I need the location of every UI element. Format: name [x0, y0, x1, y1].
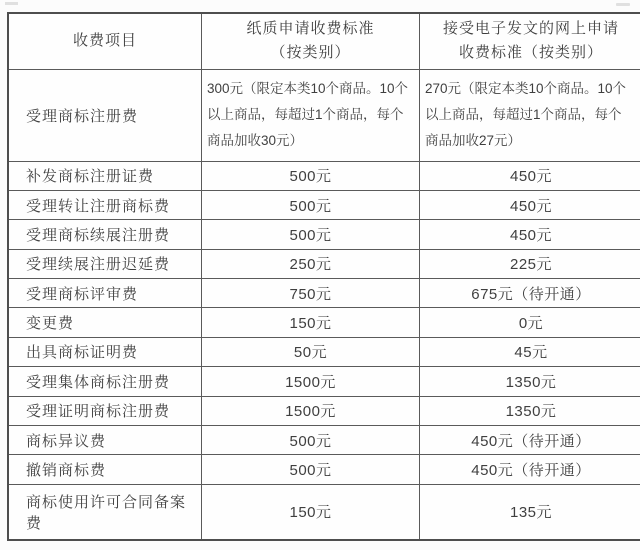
table-row: 受理续展注册迟延费250元225元 — [8, 249, 640, 278]
table-row: 受理集体商标注册费1500元1350元 — [8, 367, 640, 396]
table-row: 出具商标证明费50元45元 — [8, 337, 640, 366]
fee-item-cell: 受理集体商标注册费 — [8, 367, 202, 396]
paper-fee-cell: 500元 — [202, 190, 420, 219]
table-row: 商标异议费500元450元（待开通） — [8, 425, 640, 454]
online-fee-cell: 270元（限定本类10个商品。10个 以上商品，每超过1个商品，每个 商品加收2… — [420, 69, 640, 161]
header-online-fee-standard: 接受电子发文的网上申请 收费标准（按类别） — [420, 13, 640, 69]
paper-fee-cell: 500元 — [202, 220, 420, 249]
screenshot-root: 收费项目 纸质申请收费标准 （按类别） 接受电子发文的网上申请 收费标准（按类别… — [0, 0, 640, 550]
table-row: 受理商标评审费750元675元（待开通） — [8, 279, 640, 308]
fee-item-cell: 出具商标证明费 — [8, 337, 202, 366]
paper-fee-cell: 500元 — [202, 425, 420, 454]
fee-item-cell: 撤销商标费 — [8, 455, 202, 484]
fee-table-head: 收费项目 纸质申请收费标准 （按类别） 接受电子发文的网上申请 收费标准（按类别… — [8, 13, 640, 69]
online-fee-cell: 675元（待开通） — [420, 279, 640, 308]
table-row: 撤销商标费500元450元（待开通） — [8, 455, 640, 484]
header-fee-item: 收费项目 — [8, 13, 202, 69]
online-fee-cell: 450元（待开通） — [420, 425, 640, 454]
table-row: 商标使用许可合同备案费150元135元 — [8, 484, 640, 540]
fee-item-cell: 受理证明商标注册费 — [8, 396, 202, 425]
paper-fee-cell: 250元 — [202, 249, 420, 278]
fee-item-cell: 受理商标续展注册费 — [8, 220, 202, 249]
online-fee-cell: 135元 — [420, 484, 640, 540]
online-fee-cell: 450元 — [420, 161, 640, 190]
table-row: 受理转让注册商标费500元450元 — [8, 190, 640, 219]
paper-fee-cell: 500元 — [202, 161, 420, 190]
fee-item-cell: 商标使用许可合同备案费 — [8, 484, 202, 540]
paper-fee-cell: 500元 — [202, 455, 420, 484]
table-row: 受理商标续展注册费500元450元 — [8, 220, 640, 249]
online-fee-cell: 450元 — [420, 220, 640, 249]
table-row: 补发商标注册证费500元450元 — [8, 161, 640, 190]
fee-item-cell: 受理商标注册费 — [8, 69, 202, 161]
scan-artifact — [616, 3, 630, 6]
fee-table-body: 受理商标注册费300元（限定本类10个商品。10个 以上商品，每超过1个商品，每… — [8, 69, 640, 540]
online-fee-cell: 225元 — [420, 249, 640, 278]
fee-item-cell: 受理转让注册商标费 — [8, 190, 202, 219]
online-fee-cell: 1350元 — [420, 396, 640, 425]
paper-fee-cell: 1500元 — [202, 367, 420, 396]
paper-fee-cell: 50元 — [202, 337, 420, 366]
fee-item-cell: 商标异议费 — [8, 425, 202, 454]
fee-item-cell: 受理商标评审费 — [8, 279, 202, 308]
fee-item-cell: 受理续展注册迟延费 — [8, 249, 202, 278]
online-fee-cell: 450元（待开通） — [420, 455, 640, 484]
online-fee-cell: 45元 — [420, 337, 640, 366]
paper-fee-cell: 150元 — [202, 484, 420, 540]
online-fee-cell: 450元 — [420, 190, 640, 219]
paper-fee-cell: 750元 — [202, 279, 420, 308]
fee-item-cell: 补发商标注册证费 — [8, 161, 202, 190]
table-row: 受理证明商标注册费1500元1350元 — [8, 396, 640, 425]
table-row: 变更费150元0元 — [8, 308, 640, 337]
fee-item-cell: 变更费 — [8, 308, 202, 337]
table-row: 受理商标注册费300元（限定本类10个商品。10个 以上商品，每超过1个商品，每… — [8, 69, 640, 161]
scan-artifact — [5, 2, 18, 5]
paper-fee-cell: 300元（限定本类10个商品。10个 以上商品，每超过1个商品，每个 商品加收3… — [202, 69, 420, 161]
header-paper-fee-standard: 纸质申请收费标准 （按类别） — [202, 13, 420, 69]
header-row: 收费项目 纸质申请收费标准 （按类别） 接受电子发文的网上申请 收费标准（按类别… — [8, 13, 640, 69]
paper-fee-cell: 150元 — [202, 308, 420, 337]
online-fee-cell: 0元 — [420, 308, 640, 337]
trademark-fee-table: 收费项目 纸质申请收费标准 （按类别） 接受电子发文的网上申请 收费标准（按类别… — [7, 12, 640, 541]
paper-fee-cell: 1500元 — [202, 396, 420, 425]
online-fee-cell: 1350元 — [420, 367, 640, 396]
